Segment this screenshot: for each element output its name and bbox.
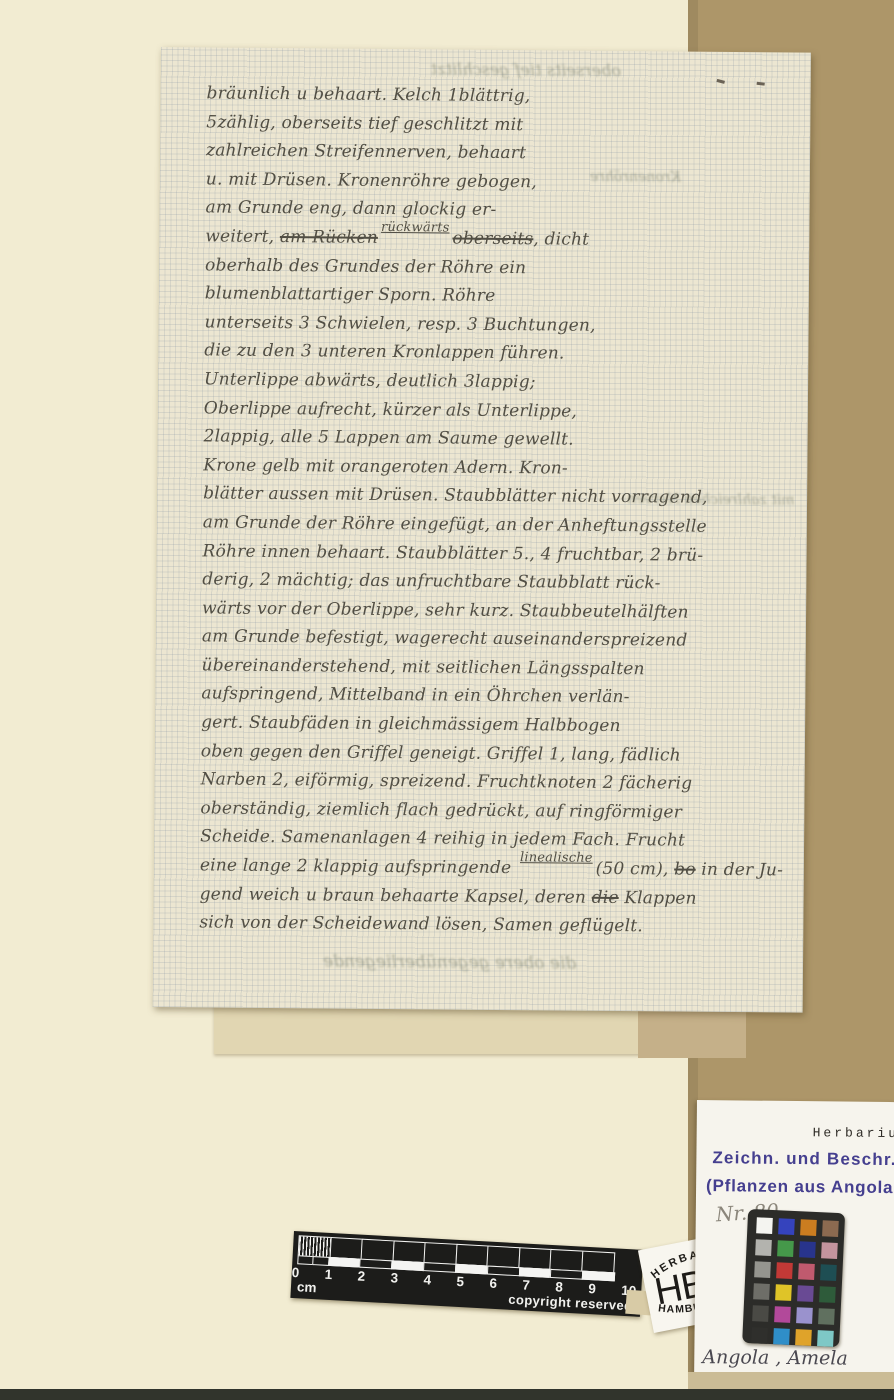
ghost-bleedthrough-line: mit zahlreichen Nerven [627,491,795,508]
color-swatch [775,1284,792,1301]
color-swatch [773,1328,790,1345]
color-swatch [820,1264,837,1281]
scale-bar-ruler: 012345678910 cm copyright reserved [290,1231,643,1317]
color-swatch [800,1219,817,1236]
manuscript-line: Unterlippe abwärts, deutlich 3lappig; [204,365,798,399]
ruler-number: 8 [555,1279,563,1294]
color-swatch [755,1239,772,1256]
ruler-number: 4 [423,1272,431,1287]
color-calibration-card [742,1209,845,1347]
color-swatch [796,1307,813,1324]
manuscript-line: am Grunde der Röhre eingefügt, an der An… [203,508,797,542]
ruler-alt-cell [455,1263,488,1274]
color-swatch [819,1286,836,1303]
graph-paper-sheet: bräunlich u behaart. Kelch 1blättrig,5zä… [153,47,811,1013]
herbarium-scan: bräunlich u behaart. Kelch 1blättrig,5zä… [0,0,894,1400]
ruler-number: 6 [489,1276,497,1291]
color-swatch [774,1306,791,1323]
color-swatch [753,1283,770,1300]
color-swatch [818,1308,835,1325]
ruler-alt-cell [582,1270,615,1281]
ghost-bleedthrough-line: die obere gegenüberliegende [323,951,576,973]
ruler-number: 9 [588,1281,596,1296]
color-swatch [756,1217,773,1234]
color-swatch [778,1218,795,1235]
color-swatch [795,1329,812,1346]
ruler-alt-cell [518,1267,551,1278]
ruler-number: 0 [291,1265,299,1280]
ruler-alt-cell [328,1256,361,1267]
ruler-number: 3 [390,1270,398,1285]
manuscript-line: eine lange 2 klappig aufspringende linea… [200,851,794,885]
manuscript-text: bräunlich u behaart. Kelch 1blättrig,5zä… [199,79,800,942]
ruler-alt-cell [423,1262,456,1273]
ruler-unit-label: cm [297,1279,317,1295]
color-swatch [817,1330,834,1347]
ruler-number: 1 [324,1267,332,1282]
ruler-number: 7 [522,1277,530,1292]
color-swatch [797,1285,814,1302]
manuscript-line: sich von der Scheidewand lösen, Samen ge… [199,909,793,943]
color-swatch [821,1242,838,1259]
color-swatch [754,1261,771,1278]
color-swatch [798,1263,815,1280]
manuscript-line: bräunlich u behaart. Kelch 1blättrig, [206,79,800,113]
color-swatch [751,1327,768,1344]
ruler-number: 2 [357,1269,365,1284]
stamp-line-1: Zeichn. und Beschr. [712,1148,894,1170]
ruler-alt-cell [550,1268,583,1279]
color-swatch [822,1220,839,1237]
ruler-alt-cell [487,1265,520,1276]
locality-note: Angola , Amela [702,1346,848,1370]
color-swatch [799,1241,816,1258]
color-swatch [777,1240,794,1257]
herbarium-typed-text: Herbarium [813,1125,894,1141]
manuscript-line: weitert, am Rückenrückwärtsoberseits, di… [205,222,799,256]
herbarium-label: Herbarium Zeichn. und Beschr. (Pflanzen … [694,1100,894,1377]
ghost-bleedthrough-line: oberseits tief geschlitzt [431,59,621,80]
stamp-line-2: (Pflanzen aus Angola [706,1176,893,1198]
scan-bottom-edge [0,1389,894,1400]
ruler-alt-cell [360,1258,393,1269]
ghost-bleedthrough-line: Kronenröhre [590,169,681,186]
color-swatch [752,1305,769,1322]
ruler-alt-cell [391,1260,424,1271]
ruler-number: 5 [456,1274,464,1289]
color-swatch [776,1262,793,1279]
